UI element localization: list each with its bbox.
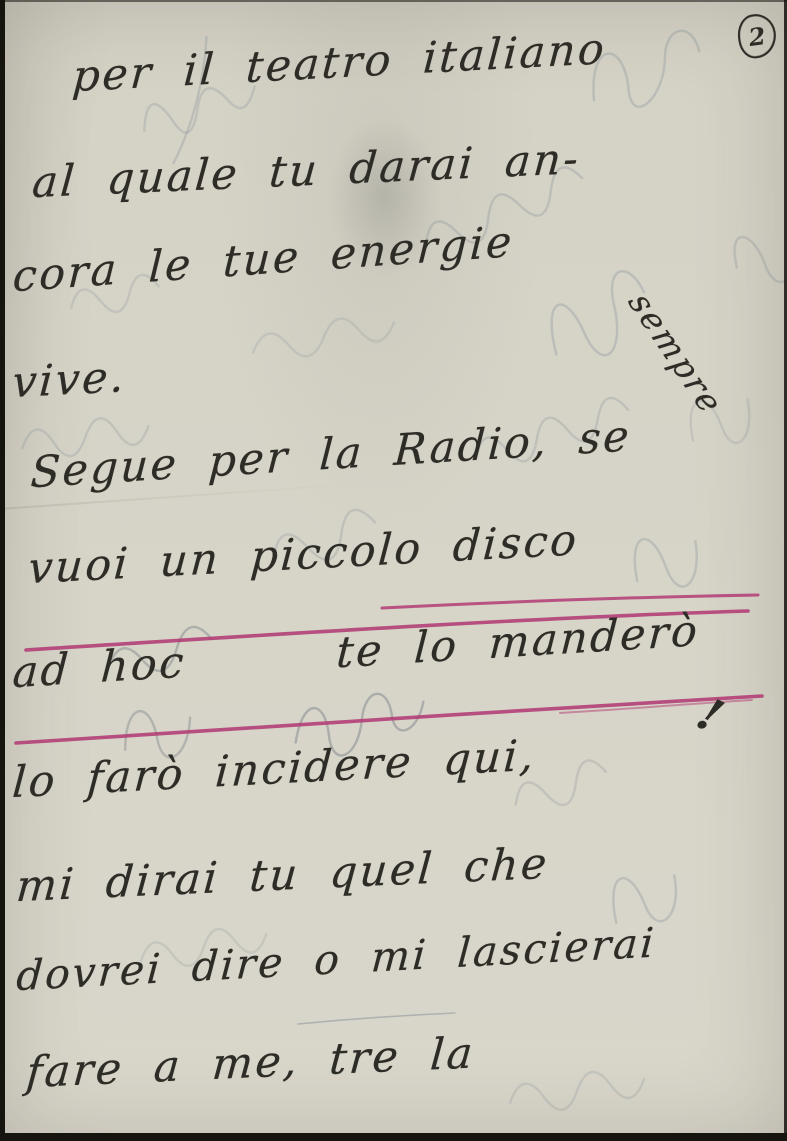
- handwritten-line: vive.: [11, 356, 128, 405]
- scan-edge-left: [0, 0, 5, 1141]
- letter-page-scan: per il teatro italiano al quale tu darai…: [0, 0, 787, 1141]
- page-number: 2: [747, 20, 768, 51]
- scan-edge-top: [0, 0, 787, 2]
- scan-edge-bottom: [0, 1133, 787, 1141]
- pencil-underline: [298, 1013, 455, 1024]
